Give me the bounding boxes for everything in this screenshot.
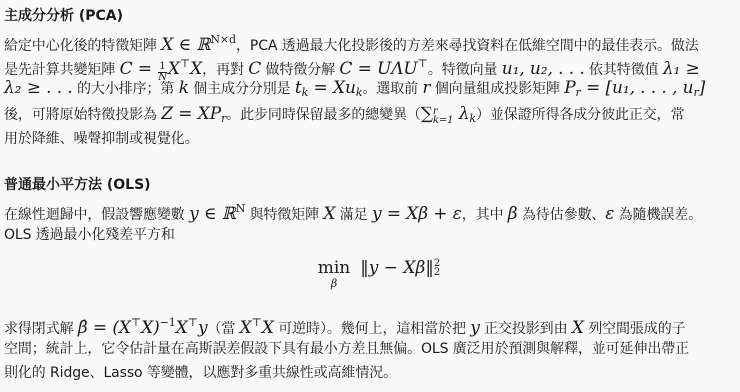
math-inline: Z = XP bbox=[161, 104, 221, 124]
text-run: OLS 透過最小化殘差平方和 bbox=[4, 227, 175, 243]
math-inline: ∑ bbox=[421, 104, 433, 124]
math-superscript: ⊤ bbox=[252, 316, 262, 329]
text-run: 為隨機誤差。 bbox=[614, 207, 702, 223]
math-inline: C = bbox=[120, 59, 158, 79]
math-inline: X bbox=[168, 59, 180, 79]
math-superscript: ⊤ bbox=[131, 316, 141, 329]
math-superscript: ⊤ bbox=[188, 316, 198, 329]
min-operator: min β bbox=[318, 258, 351, 290]
math-inline: u₁, u₂, . . . bbox=[502, 59, 585, 79]
text-run: 給定中心化後的特徵矩陣 bbox=[4, 38, 161, 54]
math-inline: y ∈ ℝ bbox=[189, 204, 236, 224]
ols-line-1: 在線性迴歸中，假設響應變數 y ∈ ℝN 與特徵矩陣 X 滿足 y = Xβ +… bbox=[4, 198, 702, 226]
text-run: 滿足 bbox=[335, 207, 372, 223]
text-run: （當 bbox=[207, 321, 239, 337]
ols-line-3: 求得閉式解 β̂ = (X⊤X)−1X⊤y（當 X⊤X 可逆時）。幾何上，這相當… bbox=[4, 312, 686, 340]
text-run: 個主成分分別是 bbox=[189, 81, 295, 97]
math-superscript: ⊤ bbox=[418, 57, 428, 70]
text-run: 求得閉式解 bbox=[4, 321, 78, 337]
math-inline: y = Xβ + ε bbox=[372, 204, 462, 224]
text-run: 則化的 Ridge、Lasso 等變體，以應對多重共線性或高維情況。 bbox=[4, 365, 397, 381]
math-inline: λ bbox=[453, 104, 469, 124]
math-superscript: −1 bbox=[160, 316, 176, 329]
text-run: 。特徵向量 bbox=[428, 62, 502, 78]
math-inline: P bbox=[564, 78, 575, 98]
math-inline: X ∈ ℝ bbox=[161, 35, 210, 55]
math-superscript: ⊤ bbox=[180, 57, 190, 70]
residual-norm: ‖y − Xβ‖22 bbox=[360, 258, 440, 278]
text-run: 後，可將原始特徵投影為 bbox=[4, 107, 161, 123]
text-run: 是先計算共變矩陣 bbox=[4, 62, 120, 78]
section-heading-pca: 主成分分析 (PCA) bbox=[4, 6, 123, 26]
norm-expression: ‖y − Xβ‖ bbox=[360, 258, 434, 278]
text-run: 個向量組成投影矩陣 bbox=[430, 81, 564, 97]
text-run: 正交投影到由 bbox=[480, 321, 572, 337]
math-inline: λ₂ ≥ . . . bbox=[4, 78, 73, 98]
math-inline: y bbox=[470, 318, 480, 338]
math-inline: X bbox=[572, 318, 584, 338]
ols-line-5: 則化的 Ridge、Lasso 等變體，以應對多重共線性或高維情況。 bbox=[4, 362, 397, 384]
math-superscript: N×d bbox=[210, 33, 236, 46]
ols-line-2: OLS 透過最小化殘差平方和 bbox=[4, 224, 175, 246]
text-run: ，再對 bbox=[202, 62, 248, 78]
text-run: 列空間張成的子 bbox=[584, 321, 686, 337]
math-inline: C bbox=[248, 59, 261, 79]
text-run: 在線性迴歸中，假設響應變數 bbox=[4, 207, 189, 223]
math-inline: β̂ = (X bbox=[78, 318, 131, 338]
math-inline: X bbox=[323, 204, 335, 224]
text-run: 可逆時）。幾何上，這相當於把 bbox=[274, 321, 470, 337]
text-run: 用於降維、噪聲抑制或視覺化。 bbox=[4, 131, 199, 147]
math-inline: t bbox=[295, 78, 302, 98]
norm-index: 2 bbox=[434, 268, 440, 277]
text-run: 與特徵矩陣 bbox=[245, 207, 323, 223]
text-run: 為待估參數、 bbox=[518, 207, 606, 223]
min-text: min bbox=[318, 258, 351, 278]
math-inline: X) bbox=[141, 318, 160, 338]
text-run: 。選取前 bbox=[362, 81, 422, 97]
math-inline: β bbox=[508, 204, 518, 224]
text-run: 。此步同時保留最多的總變異（ bbox=[226, 107, 421, 123]
math-subscript: k bbox=[469, 112, 476, 125]
display-equation: min β ‖y − Xβ‖22 bbox=[4, 258, 738, 298]
math-superscript: N bbox=[236, 202, 246, 215]
text-run: 的大小排序；第 bbox=[73, 81, 179, 97]
section-heading-ols: 普通最小平方法 (OLS) bbox=[4, 175, 151, 195]
pca-line-5: 用於降維、噪聲抑制或視覺化。 bbox=[4, 128, 199, 150]
math-inline: X bbox=[262, 318, 274, 338]
text-run: ，PCA 透過最大化投影後的方差來尋找資料在低維空間中的最佳表示。做法 bbox=[236, 38, 699, 54]
math-inline: = [u₁, . . . , u bbox=[581, 78, 694, 98]
math-inline: X bbox=[176, 318, 188, 338]
pca-line-3: λ₂ ≥ . . . 的大小排序；第 k 個主成分分別是 tk = Xuk。選取… bbox=[4, 77, 705, 104]
math-limits: rk=1 bbox=[433, 107, 454, 125]
math-inline: ε bbox=[605, 204, 614, 224]
ols-line-4: 空間；統計上，它令估計量在高斯誤差假設下具有最小方差且無偏。OLS 廣泛用於預測… bbox=[4, 338, 689, 360]
math-inline: = Xu bbox=[308, 78, 356, 98]
math-inline: k bbox=[179, 78, 189, 98]
text-run: 空間；統計上，它令估計量在高斯誤差假設下具有最小方差且無偏。OLS 廣泛用於預測… bbox=[4, 341, 689, 357]
math-inline: X bbox=[190, 59, 202, 79]
math-inline: X bbox=[240, 318, 252, 338]
math-inline: λ₁ ≥ bbox=[663, 59, 700, 79]
text-run: ）並保證所得各成分彼此正交，常 bbox=[476, 107, 685, 123]
math-inline: C = UΛU bbox=[339, 59, 417, 79]
min-subscript: β bbox=[318, 278, 351, 290]
text-run: 依其特徵值 bbox=[585, 62, 663, 78]
pca-line-4: 後，可將原始特徵投影為 Z = XPr。此步同時保留最多的總變異（∑rk=1 λ… bbox=[4, 103, 684, 130]
text-run: 做特徵分解 bbox=[261, 62, 339, 78]
text-run: ，其中 bbox=[462, 207, 508, 223]
math-inline: ] bbox=[699, 78, 706, 98]
